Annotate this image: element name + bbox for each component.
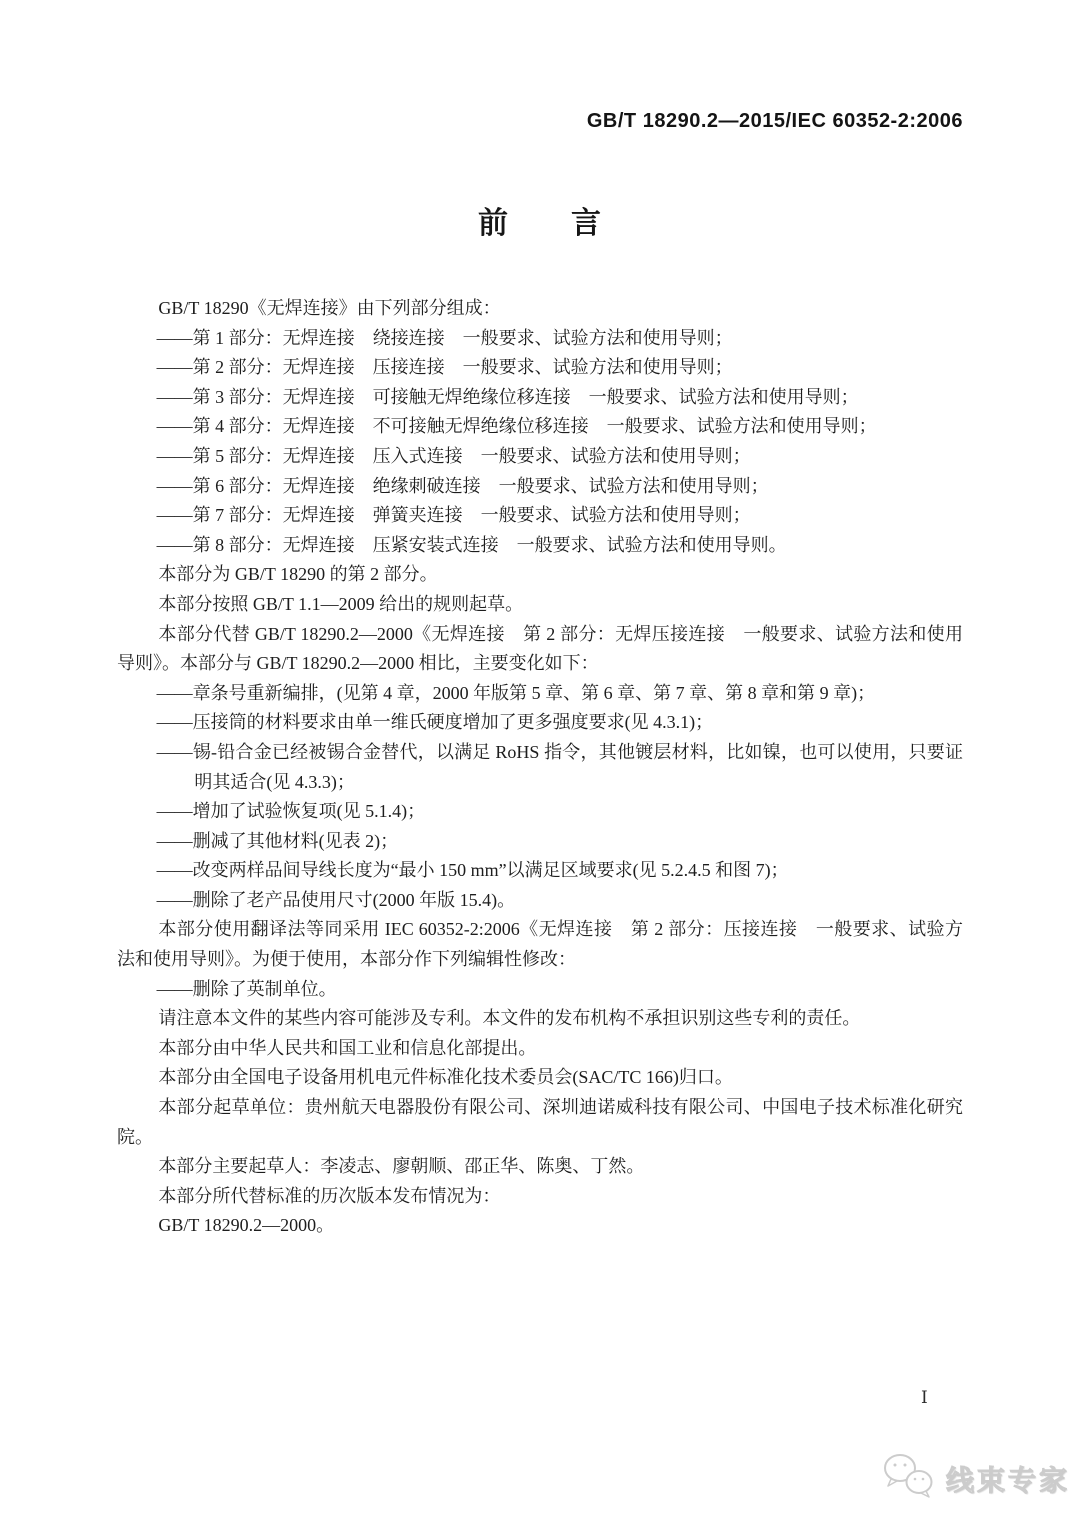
- paragraph: ——第 7 部分：无焊连接 弹簧夹连接 一般要求、试验方法和使用导则；: [117, 501, 963, 531]
- foreword-body: GB/T 18290《无焊连接》由下列部分组成：——第 1 部分：无焊连接 绕接…: [117, 294, 963, 1241]
- paragraph: ——第 8 部分：无焊连接 压紧安装式连接 一般要求、试验方法和使用导则。: [117, 531, 963, 561]
- paragraph: ——改变两样品间导线长度为“最小 150 mm”以满足区域要求(见 5.2.4.…: [117, 856, 963, 886]
- paragraph: 本部分主要起草人：李凌志、廖朝顺、邵正华、陈奥、丁然。: [117, 1152, 963, 1182]
- watermark: 线束专家: [882, 1452, 1070, 1505]
- paragraph: 本部分为 GB/T 18290 的第 2 部分。: [117, 560, 963, 590]
- paragraph: GB/T 18290《无焊连接》由下列部分组成：: [117, 294, 963, 324]
- standard-code-header: GB/T 18290.2—2015/IEC 60352-2:2006: [587, 110, 963, 133]
- paragraph: ——第 3 部分：无焊连接 可接触无焊绝缘位移连接 一般要求、试验方法和使用导则…: [117, 383, 963, 413]
- paragraph: 本部分代替 GB/T 18290.2—2000《无焊连接 第 2 部分：无焊压接…: [117, 620, 963, 679]
- paragraph: ——锡-铅合金已经被锡合金替代，以满足 RoHS 指令，其他镀层材料，比如镍，也…: [117, 738, 963, 797]
- paragraph: GB/T 18290.2—2000。: [117, 1211, 963, 1241]
- paragraph: 本部分由中华人民共和国工业和信息化部提出。: [117, 1034, 963, 1064]
- document-page: GB/T 18290.2—2015/IEC 60352-2:2006 前 言 G…: [0, 0, 1080, 1527]
- watermark-label: 线束专家: [946, 1459, 1070, 1499]
- paragraph: ——删除了英制单位。: [117, 975, 963, 1005]
- paragraph: 本部分按照 GB/T 1.1—2009 给出的规则起草。: [117, 590, 963, 620]
- paragraph: 本部分由全国电子设备用机电元件标准化技术委员会(SAC/TC 166)归口。: [117, 1063, 963, 1093]
- paragraph: ——第 1 部分：无焊连接 绕接连接 一般要求、试验方法和使用导则；: [117, 324, 963, 354]
- paragraph: ——第 4 部分：无焊连接 不可接触无焊绝缘位移连接 一般要求、试验方法和使用导…: [117, 412, 963, 442]
- paragraph: ——删减了其他材料(见表 2)；: [117, 827, 963, 857]
- paragraph: ——章条号重新编排，(见第 4 章，2000 年版第 5 章、第 6 章、第 7…: [117, 679, 963, 709]
- paragraph: ——增加了试验恢复项(见 5.1.4)；: [117, 797, 963, 827]
- page-number: Ⅰ: [921, 1388, 928, 1408]
- paragraph: 本部分起草单位：贵州航天电器股份有限公司、深圳迪诺威科技有限公司、中国电子技术标…: [117, 1093, 963, 1152]
- page-title: 前 言: [0, 198, 1080, 242]
- paragraph: 请注意本文件的某些内容可能涉及专利。本文件的发布机构不承担识别这些专利的责任。: [117, 1004, 963, 1034]
- paragraph: ——删除了老产品使用尺寸(2000 年版 15.4)。: [117, 886, 963, 916]
- paragraph: ——压接筒的材料要求由单一维氏硬度增加了更多强度要求(见 4.3.1)；: [117, 708, 963, 738]
- wechat-logo-icon: [882, 1452, 938, 1505]
- paragraph: ——第 5 部分：无焊连接 压入式连接 一般要求、试验方法和使用导则；: [117, 442, 963, 472]
- paragraph: 本部分所代替标准的历次版本发布情况为：: [117, 1182, 963, 1212]
- paragraph: 本部分使用翻译法等同采用 IEC 60352-2:2006《无焊连接 第 2 部…: [117, 915, 963, 974]
- paragraph: ——第 2 部分：无焊连接 压接连接 一般要求、试验方法和使用导则；: [117, 353, 963, 383]
- paragraph: ——第 6 部分：无焊连接 绝缘刺破连接 一般要求、试验方法和使用导则；: [117, 472, 963, 502]
